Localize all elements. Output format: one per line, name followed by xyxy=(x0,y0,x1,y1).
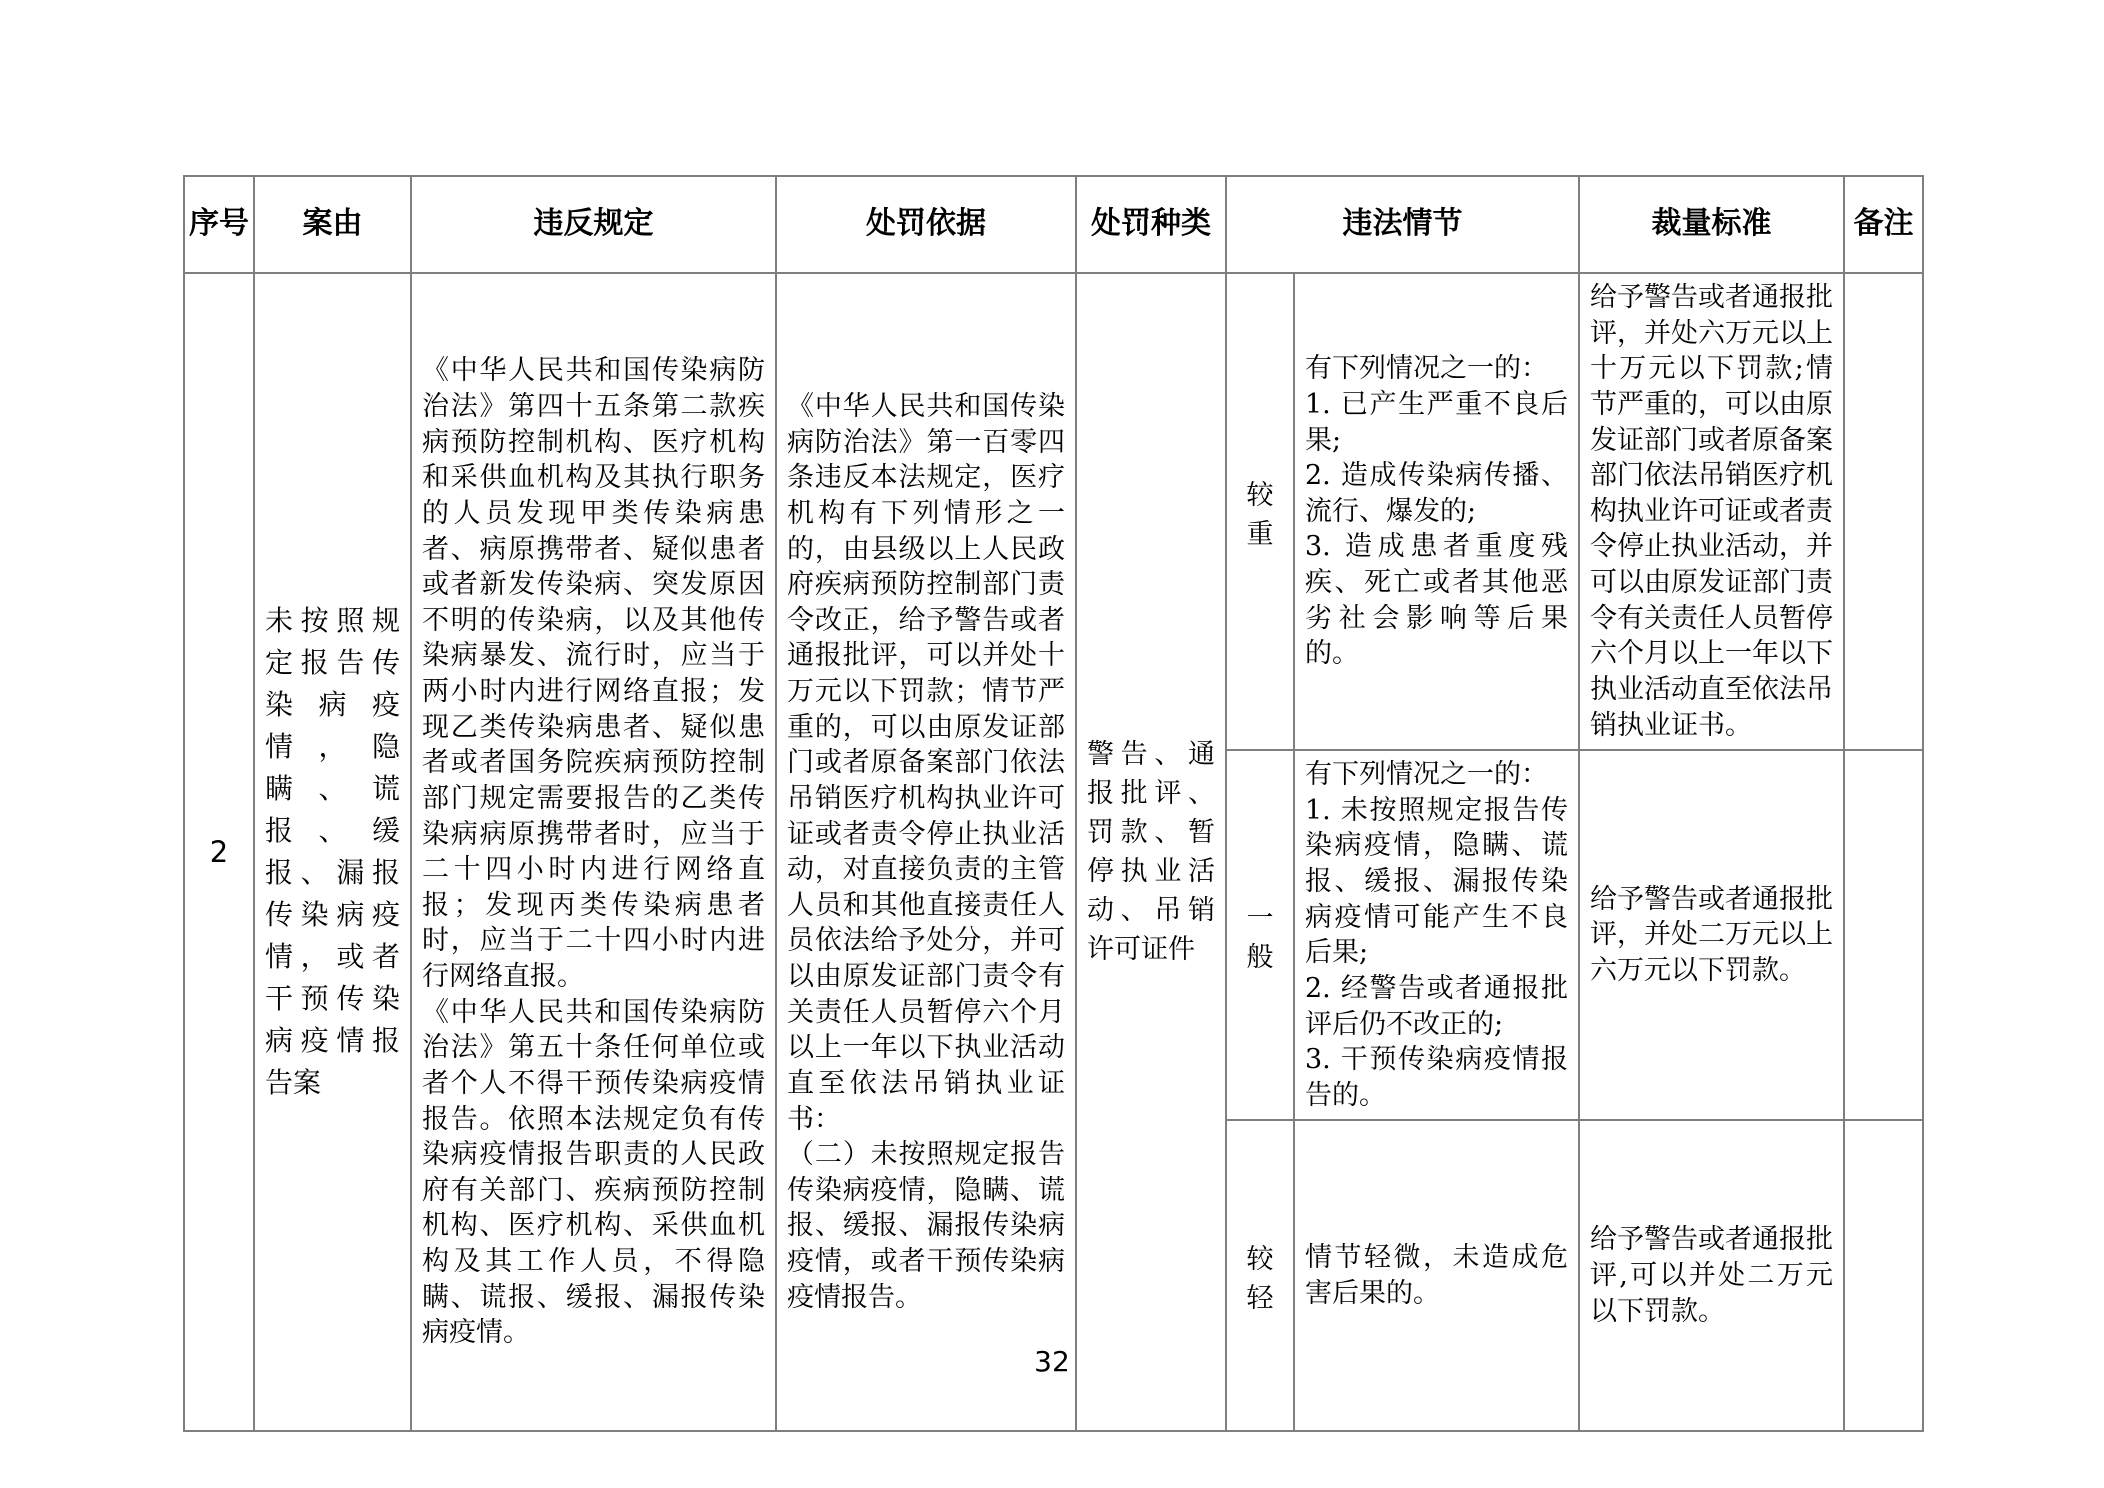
remark-light xyxy=(1844,1120,1923,1431)
circumstance-description-severe: 有下列情况之一的： 1. 已产生严重不良后果; 2. 造成传染病传播、流行、爆发… xyxy=(1294,273,1579,750)
header-cause: 案由 xyxy=(254,176,411,273)
header-circumstances: 违法情节 xyxy=(1226,176,1579,273)
penalty-types: 警告、通报批评、罚款、暂停执业活动、吊销许可证件 xyxy=(1076,273,1226,1431)
case-cause: 未按照规定报告传染病疫情，隐瞒、谎报、缓报、漏报传染病疫情，或者干预传染病疫情报… xyxy=(254,273,411,1431)
severity-level-light: 较轻 xyxy=(1226,1120,1294,1431)
violated-regulation: 《中华人民共和国传染病防治法》第四十五条第二款疾病预防控制机构、医疗机构和采供血… xyxy=(411,273,776,1431)
circumstance-description-general: 有下列情况之一的： 1. 未按照规定报告传染病疫情，隐瞒、谎报、缓报、漏报传染病… xyxy=(1294,750,1579,1120)
penalty-discretion-table: 序号 案由 违反规定 处罚依据 处罚种类 违法情节 裁量标准 备注 2 未按照规… xyxy=(183,175,1924,1432)
remark-severe xyxy=(1844,273,1923,750)
severity-level-severe: 较重 xyxy=(1226,273,1294,750)
penalty-basis: 《中华人民共和国传染病防治法》第一百零四条违反本法规定，医疗机构有下列情形之一的… xyxy=(776,273,1076,1431)
header-standard: 裁量标准 xyxy=(1579,176,1844,273)
header-penalty-basis: 处罚依据 xyxy=(776,176,1076,273)
discretion-standard-severe: 给予警告或者通报批评，并处六万元以上十万元以下罚款;情节严重的，可以由原发证部门… xyxy=(1579,273,1844,750)
severity-level-general: 一般 xyxy=(1226,750,1294,1120)
header-violation: 违反规定 xyxy=(411,176,776,273)
discretion-standard-general: 给予警告或者通报批评，并处二万元以上六万元以下罚款。 xyxy=(1579,750,1844,1120)
discretion-standard-light: 给予警告或者通报批评,可以并处二万元以下罚款。 xyxy=(1579,1120,1844,1431)
table-header-row: 序号 案由 违反规定 处罚依据 处罚种类 违法情节 裁量标准 备注 xyxy=(184,176,1923,273)
circumstance-description-light: 情节轻微，未造成危害后果的。 xyxy=(1294,1120,1579,1431)
case-number: 2 xyxy=(184,273,254,1431)
table-row: 2 未按照规定报告传染病疫情，隐瞒、谎报、缓报、漏报传染病疫情，或者干预传染病疫… xyxy=(184,273,1923,750)
header-penalty-types: 处罚种类 xyxy=(1076,176,1226,273)
header-no: 序号 xyxy=(184,176,254,273)
page-number: 32 xyxy=(0,1345,2104,1378)
header-remark: 备注 xyxy=(1844,176,1923,273)
remark-general xyxy=(1844,750,1923,1120)
